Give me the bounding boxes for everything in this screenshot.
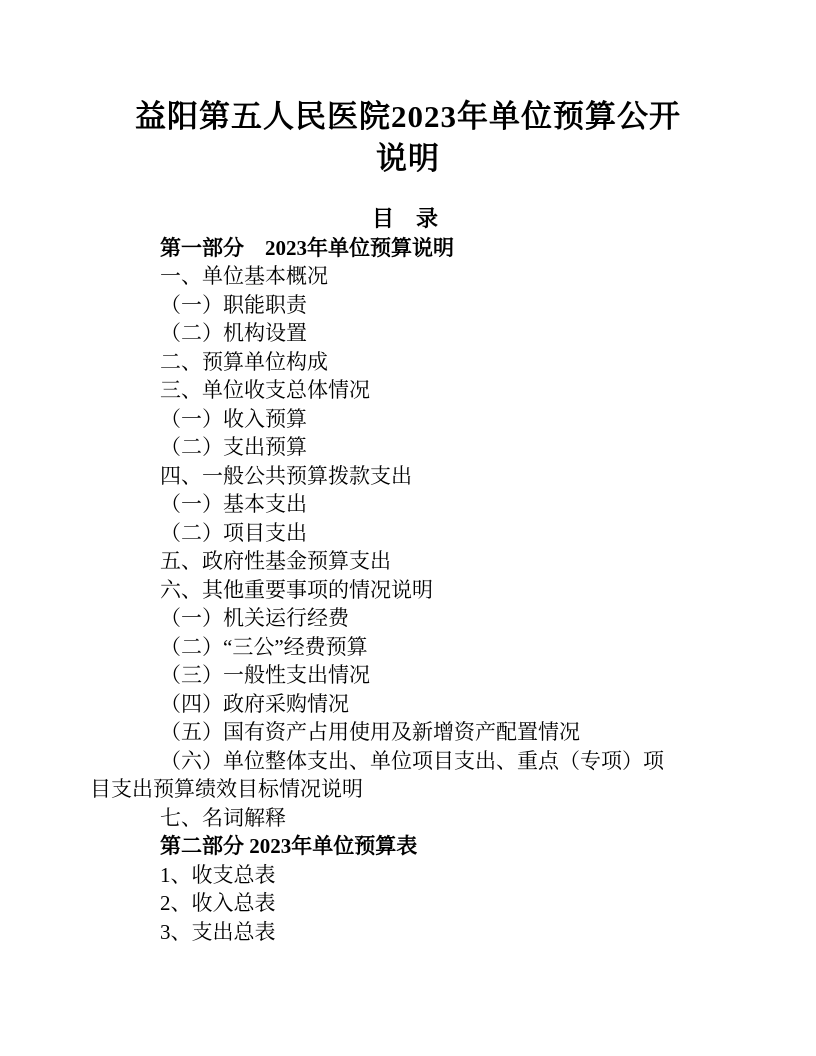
toc-entry: （四）政府采购情况	[90, 690, 675, 719]
toc-entry: 五、政府性基金预算支出	[90, 547, 675, 576]
toc-part2-section: 第二部分 2023年单位预算表 1、收支总表 2、收入总表 3、支出总表	[90, 832, 720, 946]
toc-entry: （六）单位整体支出、单位项目支出、重点（专项）项目支出预算绩效目标情况说明	[90, 747, 675, 804]
toc-entry: （三）一般性支出情况	[90, 661, 675, 690]
toc-entry: （二）“三公”经费预算	[90, 633, 675, 662]
toc-entry: 2、收入总表	[90, 889, 675, 918]
table-of-contents: 目 录 第一部分 2023年单位预算说明 一、单位基本概况 （一）职能职责 （二…	[0, 205, 816, 946]
document-page: 益阳第五人民医院2023年单位预算公开 说明 目 录 第一部分 2023年单位预…	[0, 0, 816, 1056]
toc-entry: （一）基本支出	[90, 490, 675, 519]
toc-entry: （二）支出预算	[90, 433, 675, 462]
toc-entry: （一）机关运行经费	[90, 604, 675, 633]
toc-entry: 三、单位收支总体情况	[90, 376, 675, 405]
document-title-line-2: 说明	[0, 138, 816, 180]
toc-part1-section: 第一部分 2023年单位预算说明 一、单位基本概况 （一）职能职责 （二）机构设…	[90, 234, 720, 833]
toc-entry: （五）国有资产占用使用及新增资产配置情况	[90, 718, 675, 747]
toc-entry: （二）机构设置	[90, 319, 675, 348]
toc-heading: 目 录	[90, 205, 720, 234]
toc-entry: 3、支出总表	[90, 918, 675, 947]
toc-entry: （一）职能职责	[90, 291, 675, 320]
toc-entry: 七、名词解释	[90, 804, 675, 833]
toc-entry: （一）收入预算	[90, 405, 675, 434]
toc-entry: 1、收支总表	[90, 861, 675, 890]
document-title-line-1: 益阳第五人民医院2023年单位预算公开	[0, 96, 816, 138]
toc-entry: 一、单位基本概况	[90, 262, 675, 291]
part1-heading: 第一部分 2023年单位预算说明	[90, 234, 720, 263]
toc-entry: 六、其他重要事项的情况说明	[90, 576, 675, 605]
document-title: 益阳第五人民医院2023年单位预算公开 说明	[0, 96, 816, 180]
toc-entry: （二）项目支出	[90, 519, 675, 548]
toc-entry: 四、一般公共预算拨款支出	[90, 462, 675, 491]
part2-heading: 第二部分 2023年单位预算表	[90, 832, 720, 861]
toc-entry: 二、预算单位构成	[90, 348, 675, 377]
